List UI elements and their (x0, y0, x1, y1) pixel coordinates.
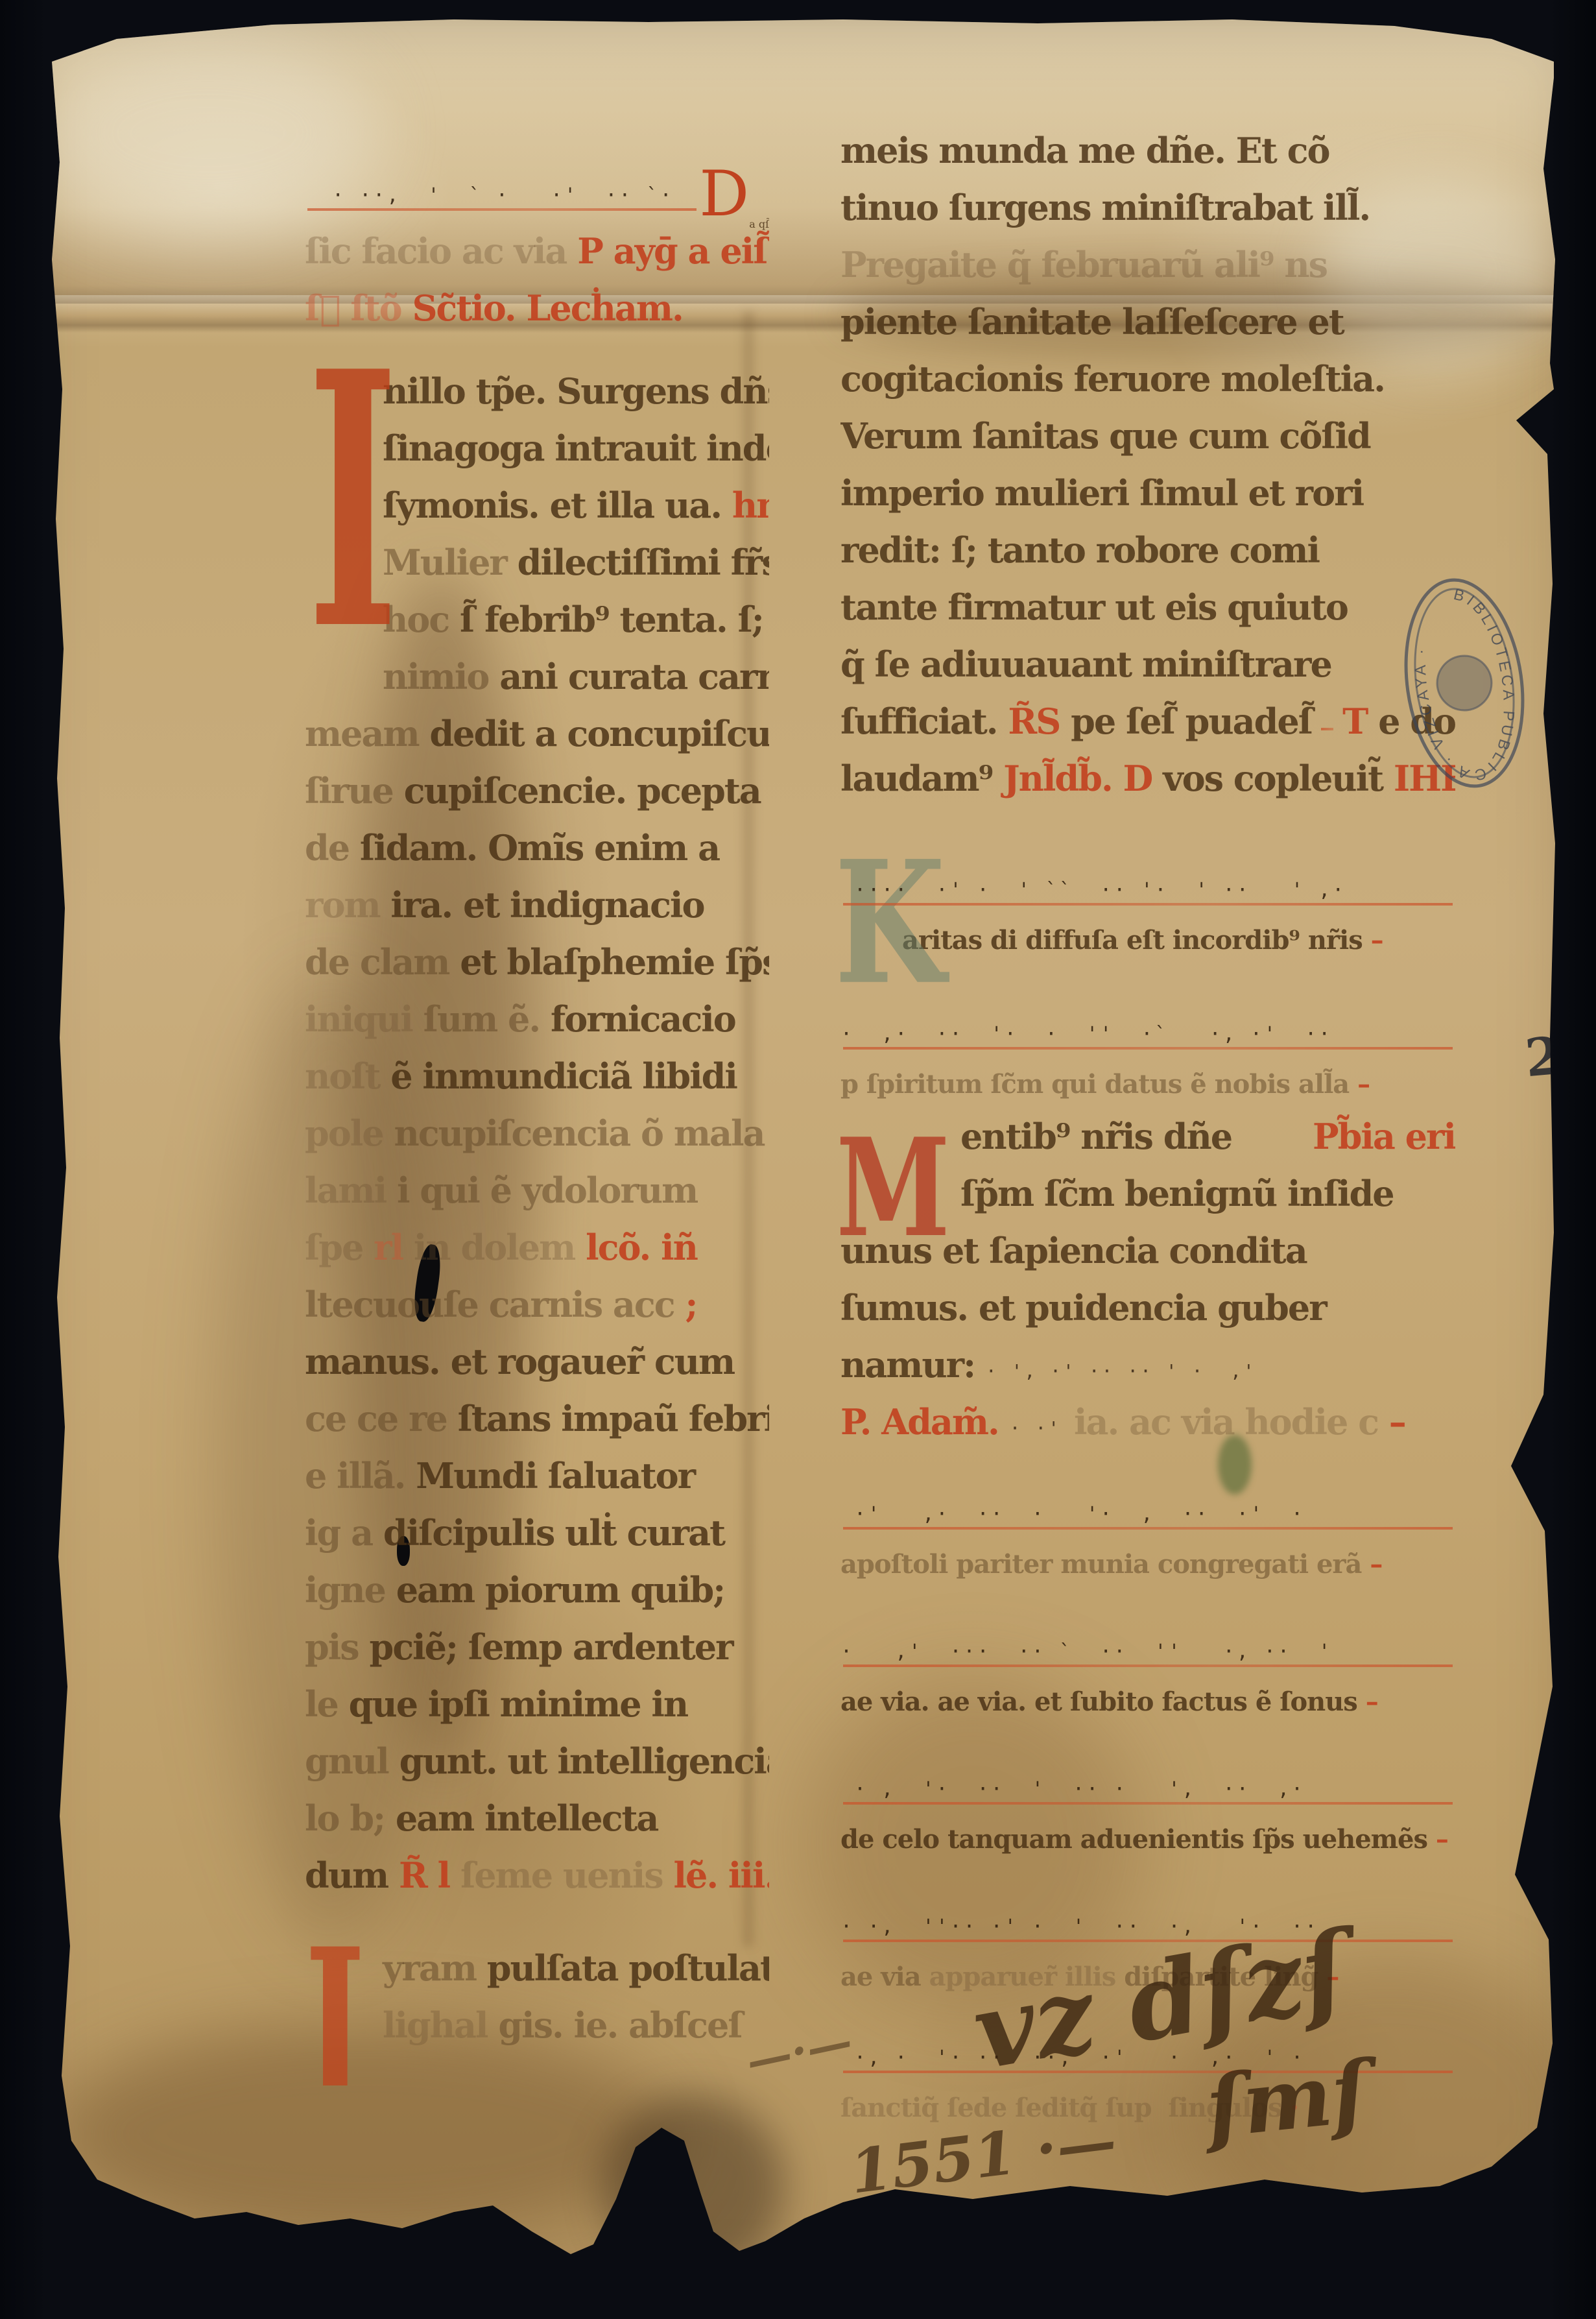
text-line: lami i qui ẽ ydolorum (305, 1170, 769, 1227)
text-line: de clam et blaſphemie ſp̃s (305, 941, 769, 998)
neume-staff-row: ·' ,· ·· · '· , ·· ·' · (840, 1458, 1455, 1549)
text-segment-red: P ayḡ a eiſ̃ (577, 230, 769, 272)
text-segment-vfaded: pole (305, 1112, 394, 1154)
text-segment-red: – (1361, 1549, 1382, 1580)
text-segment-faded: pis (305, 1626, 369, 1668)
text-segment-faded: apoſtoli pariter munia congregati erã (840, 1549, 1361, 1580)
text-segment-red: T (1342, 701, 1378, 742)
text-segment-ink: tante firmatur ut eis quiuto (840, 586, 1348, 628)
text-segment-faded: ig a (305, 1512, 383, 1554)
text-line: ſirue cupiſcencie. pcepta (305, 770, 769, 827)
text-segment-ink: fornicacio (551, 998, 735, 1040)
text-line: ſumus. et puidencia guber (840, 1287, 1455, 1344)
text-line: pole ncupiſcencia õ mala (305, 1112, 769, 1170)
text-line: lighal gis. ie. abſceſ (305, 2004, 769, 2061)
text-line: iniqui ſum ẽ. fornicacio (305, 998, 769, 1055)
text-line: piente ſanitate laſſeſcere et (840, 301, 1455, 358)
text-segment-red: – (1378, 1401, 1405, 1443)
text-line: Pregaite q̃ februarũ ali⁹ ns (840, 244, 1455, 301)
text-line: de ſidam. Omĩs enim a (305, 827, 769, 884)
text-segment-ink: ſymonis. et illa ua. (383, 485, 732, 526)
text-segment-vfaded: ſeme uenis (460, 1855, 673, 1896)
text-segment-ink: pciẽ; ſemp ardenter (369, 1626, 732, 1668)
text-segment-ink: pe ſeſ̃ puadeſ̃ (1071, 701, 1312, 742)
text-segment-ink: ſumus. et puidencia guber (840, 1287, 1326, 1328)
manuscript-photo: I I · ··, ' ` · ·' ·· `· Da qſ̃ſic facio… (0, 0, 1596, 2319)
text-segment-vfaded: lami (305, 1170, 397, 1211)
text-line: namur: · ', ·' ·· ·· ' · ,' (840, 1344, 1455, 1401)
text-segment-red: Sc̃tio. Lecḣam. (412, 287, 682, 329)
chant-text-line: ae via. ae via. et ſubito factus ẽ ſonus… (840, 1687, 1455, 1733)
text-segment-ink: dedit a concupiſcue (429, 713, 769, 754)
text-line: ig a diſcipulis ulṫ curat (305, 1512, 769, 1569)
text-line: ſpe rl in dolem lcõ. iñ (305, 1227, 769, 1284)
parchment-leaf: I I · ··, ' ` · ·' ·· `· Da qſ̃ſic facio… (0, 0, 1596, 2319)
text-segment-red: R̃S (1008, 701, 1071, 742)
text-line: le que ipſi minime in (305, 1683, 769, 1740)
text-segment-faded: ae via (840, 1962, 929, 1992)
text-line: manus. et rogauer̃ cum (305, 1341, 769, 1398)
text-segment-red: – (1363, 925, 1383, 955)
text-segment-faded: lo b; (305, 1797, 396, 1839)
text-segment-ink: dum (305, 1855, 399, 1896)
text-segment-faded: ncupiſcencia õ mala (394, 1112, 764, 1154)
text-segment-vfaded: ia. ac via hodie c (1074, 1401, 1378, 1443)
text-line: rom ira. et indignacio (305, 884, 769, 941)
text-segment-ink: piente ſanitate laſſeſcere et (840, 301, 1344, 342)
text-line: gnul gunt. ut intelligencia (305, 1740, 769, 1797)
neumes: · ,' ··· ·· ` ·· '' ·, ·· ' (840, 1640, 1455, 1687)
red-initial-M: M (840, 1134, 950, 1242)
text-line: cogitacionis feruore moleſtia. (840, 358, 1455, 415)
text-segment-ink: eam piorum quib; (396, 1569, 724, 1611)
text-segment-faded: i qui ẽ ydolorum (397, 1170, 697, 1211)
pen-trial-scribble: ſmſ (1202, 2041, 1373, 2157)
text-segment-ink: ẽ inmundiciã libidi (390, 1055, 737, 1097)
faint-number-inscription: 9ſ61 (1101, 2201, 1242, 2275)
text-segment-red: ; (674, 1284, 697, 1325)
text-segment-ink: vos copleuit̃ (1163, 758, 1394, 799)
text-segment-faded: e illã. (305, 1455, 416, 1496)
text-segment-ink: redit: ſ; tanto robore comi (840, 529, 1319, 571)
text-segment-faded: ltecuouſe carnis acc (305, 1284, 674, 1325)
text-segment-red: lcõ. iñ (586, 1227, 697, 1268)
text-segment-ink: Verum ſanitas que cum cõſid (840, 415, 1370, 457)
text-line: ltecuouſe carnis acc ; (305, 1284, 769, 1341)
text-segment-ink: ſ̃ febrib⁹ tenta. ſ; ad (460, 599, 769, 640)
text-segment-ink: entib⁹ nr̃is dñe (960, 1116, 1243, 1157)
text-line: laudam⁹ Jnl̃db̃. D vos copleuit̃ IHEV. (840, 758, 1455, 815)
text-segment-faded: p ſpiritum ſc̃m qui datus ẽ nobis all̃a (840, 1069, 1349, 1099)
text-segment-nm2: · ', ·' ·· ·· ' · ,' (986, 1360, 1256, 1382)
text-segment-ink: pulſata poſtulat. (487, 1947, 769, 1989)
text-segment-faded: de clam (305, 941, 460, 983)
text-segment-vfaded: in dolem (414, 1227, 586, 1268)
text-segment-ink: Mundi ſaluator (416, 1455, 695, 1496)
text-line: meis munda me dñe. Et cõ (840, 130, 1455, 187)
margin-numeral: 2 (1523, 1025, 1564, 1088)
text-segment-faded: ce ce re (305, 1398, 458, 1439)
text-segment-faded: gnul (305, 1740, 399, 1782)
text-segment-ink: ſtans impaũ febri (458, 1398, 769, 1439)
text-line: pis pciẽ; ſemp ardenter (305, 1626, 769, 1683)
text-segment-faded: meam (305, 713, 429, 754)
text-segment-red: P. Adam̃. (840, 1401, 1010, 1443)
text-line: Verum ſanitas que cum cõſid (840, 415, 1455, 472)
text-segment-ink: ira. et indignacio (390, 884, 704, 926)
text-line: dum R̃ l ſeme uenis lẽ. iii. (305, 1855, 769, 1912)
neume-staff-row: · ··, ' ` · ·' ·· `· Da qſ̃ (305, 133, 769, 230)
neumes: · ··, ' ` · ·' ·· `· (305, 184, 699, 230)
red-initial-I-bottom: I (305, 1943, 366, 2085)
text-line: e illã. Mundi ſaluator (305, 1455, 769, 1512)
text-segment-ink: ſinagoga intrauit indomum (383, 427, 769, 469)
red-initial-I: I (307, 361, 398, 642)
chant-text-line: apoſtoli pariter munia congregati erã – (840, 1549, 1455, 1596)
text-segment-faded: ſirue (305, 770, 404, 811)
text-line: ſic facio ac via P ayḡ a eiſ̃ ecclè tr̃ (305, 230, 769, 287)
chant-text-line: de celo tanquam aduenientis ſp̃s uehemẽs… (840, 1824, 1455, 1871)
text-segment-faded: ſum ẽ. (423, 998, 551, 1040)
text-segment-vfaded: ſpe (305, 1227, 374, 1268)
text-segment-ink: de celo tanquam aduenientis ſp̃s uehemẽs (840, 1824, 1427, 1855)
text-segment-ink: q̃ ſe adiuuauant miniſtrare (840, 643, 1331, 685)
text-segment-faded: igne (305, 1569, 396, 1611)
text-segment-red: Pb̃ia eri (1313, 1116, 1455, 1157)
text-line: ce ce re ſtans impaũ febri (305, 1398, 769, 1455)
text-segment-vfaded: iniqui (305, 998, 423, 1040)
text-line: q̃ ſe adiuuauant miniſtrare (840, 643, 1455, 701)
text-segment-ink: ſufficiat. (840, 701, 1008, 742)
text-segment-red: – (1427, 1824, 1448, 1855)
text-segment-ink: diſcipulis ulṫ curat (383, 1512, 724, 1554)
text-segment-vfaded: rom (305, 884, 390, 926)
neumes: ·' ,· ·· · '· , ·· ·' · (840, 1503, 1455, 1549)
text-line: redit: ſ; tanto robore comi (840, 529, 1455, 586)
text-segment-ink: nillo tp̃e. Surgens dñs iħs de (383, 370, 769, 412)
text-line: imperio mulieri ſimul et rori (840, 472, 1455, 529)
text-segment-faded: nimio (383, 656, 499, 697)
text-line: meam dedit a concupiſcue (305, 713, 769, 770)
text-segment-ink: imperio mulieri ſimul et rori (840, 472, 1363, 514)
text-segment-ink: ani curata carnem (499, 656, 769, 697)
text-line: tinuo ſurgens miniſtrabat ill̃. (840, 187, 1455, 244)
text-segment-faded: yram (383, 1947, 487, 1989)
text-segment-ink: eam intellecta (396, 1797, 658, 1839)
text-segment-faded: Mulier (383, 542, 518, 583)
text-segment-red: – (1349, 1069, 1370, 1099)
text-segment-redfaded: rl (374, 1227, 414, 1268)
text-line: noſt ẽ inmundiciã libidi (305, 1055, 769, 1112)
neume-staff-row: · , '· ·· ' ·· · ', ·· ,· (840, 1733, 1455, 1824)
text-segment-ink: tinuo ſurgens miniſtrabat ill̃. (840, 187, 1370, 228)
text-segment-ink: cupiſcencie. pcepta (404, 770, 761, 811)
text-line: lo b; eam intellecta (305, 1797, 769, 1855)
text-segment-ink: ſidam. Omĩs enim a (360, 827, 719, 869)
text-segment-bigred: D (699, 158, 749, 230)
text-segment-ink: namur: (840, 1344, 986, 1386)
text-segment-red: – (1357, 1687, 1378, 1717)
neumes: · ,· ·· '· · '' ·` ·, ·' ·· (840, 1023, 1455, 1069)
text-segment-ink: laudam⁹ (840, 758, 1003, 799)
text-segment-faded: le (305, 1683, 349, 1725)
text-line: tante firmatur ut eis quiuto (840, 586, 1455, 643)
text-line: P. Adam̃. · ·' ia. ac via hodie c – (840, 1401, 1455, 1458)
text-segment-faded: gis. ie. abſceſ (498, 2004, 741, 2046)
text-line: igne eam piorum quib; (305, 1569, 769, 1626)
neumes: · , '· ·· ' ·· · ', ·· ,· (840, 1778, 1455, 1824)
neumes: ···· ·' · ' `` ·· '· ' ·· ' ,· (840, 879, 1455, 925)
text-segment-ink: et blaſphemie ſp̃s (460, 941, 769, 983)
text-segment-red: R̃ l (399, 1855, 460, 1896)
text-segment-vfaded: Pregaite q̃ februarũ ali⁹ ns (840, 244, 1327, 285)
text-segment-ink: ſp̃m ſc̃m benignũ inſide (960, 1173, 1394, 1214)
text-segment-red: hml̃. v. b. p. (732, 485, 769, 526)
right-text-column: K M meis munda me dñe. Et cõtinuo ſurgen… (840, 130, 1455, 2193)
text-segment-rline (1321, 728, 1333, 730)
text-segment-ink: a qſ̃ (749, 218, 769, 230)
text-segment-red: lẽ. iii. (673, 1855, 769, 1896)
neume-staff-row: · ,' ··· ·· ` ·· '' ·, ·· ' (840, 1596, 1455, 1687)
text-segment-ink: dilectiſſimi fr̃s. que i (518, 542, 769, 583)
text-segment-faded: de (305, 827, 360, 869)
spacer (305, 1912, 769, 1947)
stain (603, 2095, 785, 2277)
text-segment-ink: manus. et rogauer̃ cum (305, 1341, 734, 1382)
text-segment-vfaded: lighal (383, 2004, 498, 2046)
text-segment-ink: meis munda me dñe. Et cõ (840, 130, 1329, 171)
text-segment-ink: aritas di diffuſa eſt incordib⁹ nr̃is (902, 925, 1363, 955)
text-segment-red: Jnl̃db̃. D (1003, 758, 1163, 799)
text-segment-vfaded: ſic facio ac via (305, 230, 577, 272)
left-text-column: I I · ··, ' ` · ·' ·· `· Da qſ̃ſic facio… (305, 133, 769, 2085)
text-segment-nm2: · ·' (1010, 1417, 1074, 1439)
text-line: ſufficiat. R̃S pe ſeſ̃ puadeſ̃T e do (840, 701, 1455, 758)
text-segment-ink: gunt. ut intelligencia (399, 1740, 769, 1782)
text-segment-ink: ae via. ae via. et ſubito factus ẽ ſonus (840, 1687, 1357, 1717)
text-segment-ink: cogitacionis feruore moleſtia. (840, 358, 1385, 400)
text-line: yram pulſata poſtulat. (305, 1947, 769, 2004)
text-segment-vfaded: noſt (305, 1055, 390, 1097)
text-segment-ink: que ipſi minime in (349, 1683, 687, 1725)
